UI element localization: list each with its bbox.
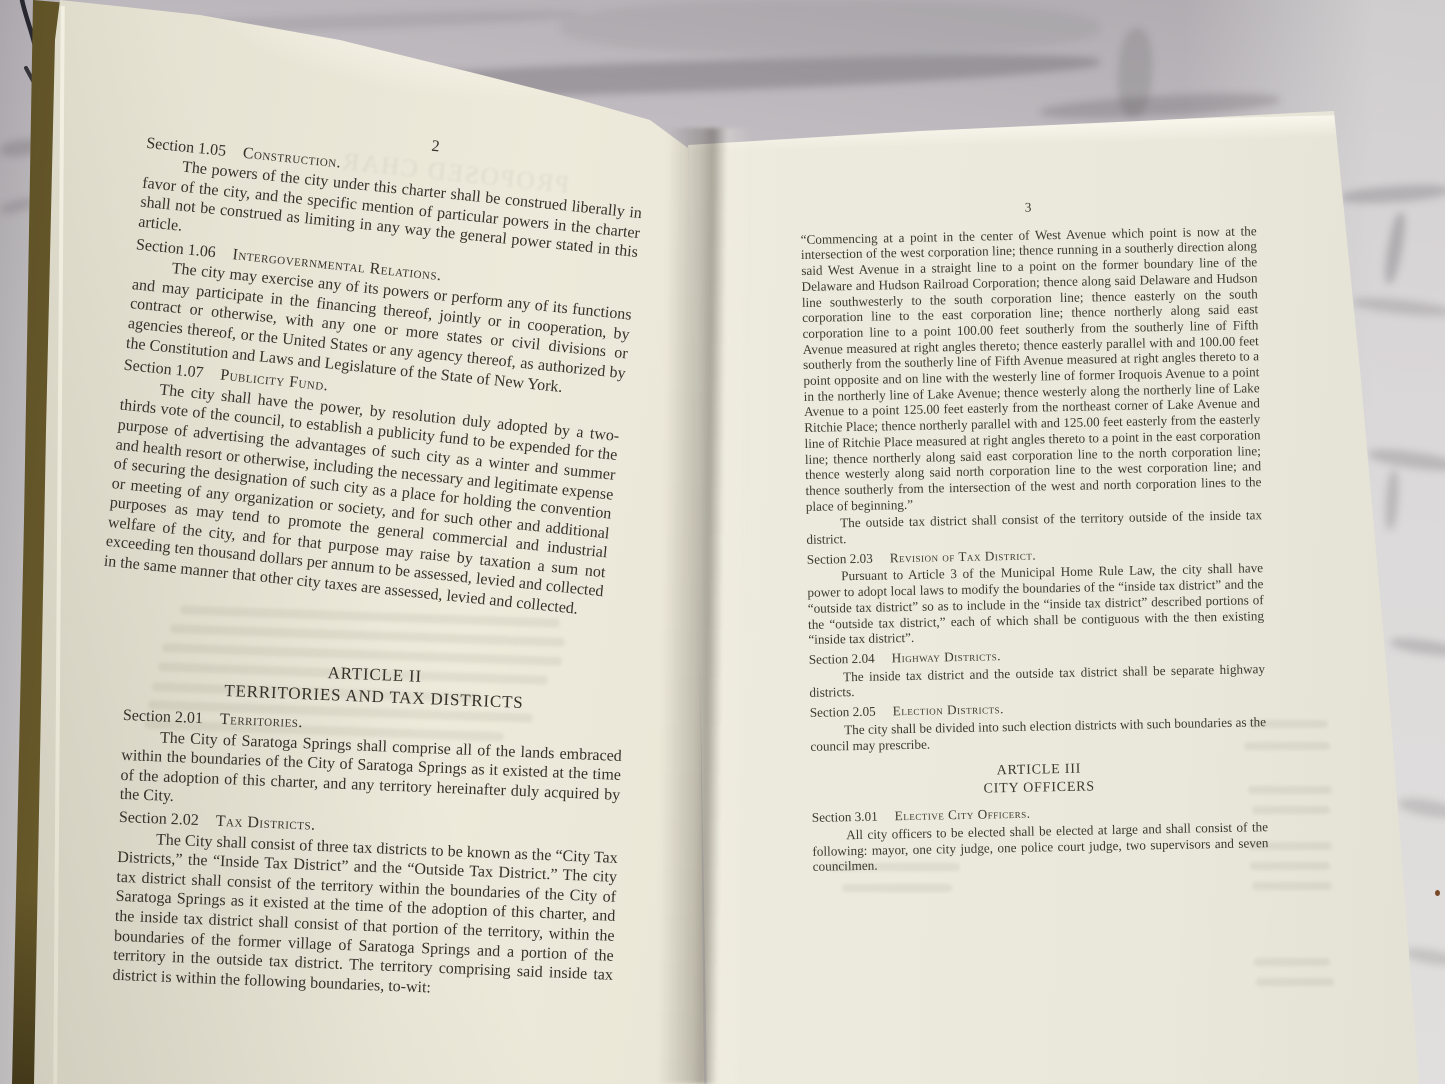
paragraph: Pursuant to Article 3 of the Municipal H… bbox=[807, 561, 1264, 648]
page2-text-lower: ARTICLE IITERRITORIES AND TAX DISTRICTSS… bbox=[112, 640, 625, 1006]
article-heading: ARTICLE IIICITY OFFICERS bbox=[811, 757, 1268, 802]
paragraph: The inside tax district and the outside … bbox=[809, 661, 1266, 701]
paragraph: The City shall consist of three tax dist… bbox=[112, 828, 618, 1005]
rust-speck bbox=[1435, 890, 1440, 896]
paragraph: All city officers to be elected shall be… bbox=[812, 819, 1269, 875]
section-title: Tax Districts. bbox=[215, 813, 315, 834]
under-page-edge bbox=[53, 6, 65, 1084]
page2-text-upper: 2 Section 1.05Construction.The powers of… bbox=[103, 108, 648, 623]
section-title: Territories. bbox=[220, 711, 304, 731]
page3-text: 3 “Commencing at a point in the center o… bbox=[800, 195, 1269, 877]
book-gutter-shadow bbox=[657, 128, 751, 1084]
section-title: Highway Districts. bbox=[892, 648, 1002, 665]
section-number: Section 2.04 bbox=[809, 651, 875, 667]
section-title: Election Districts. bbox=[893, 701, 1004, 718]
paragraph: The city shall be divided into such elec… bbox=[810, 714, 1267, 754]
photo-of-open-book: PROPOSED CHAR 2 Section 1.05Construction… bbox=[0, 0, 1445, 1084]
section-number: Section 2.03 bbox=[807, 550, 873, 566]
section-number: Section 3.01 bbox=[812, 809, 878, 825]
section-number: Section 2.01 bbox=[123, 707, 204, 727]
section-title: Elective City Officers. bbox=[895, 806, 1031, 824]
section-number: Section 2.05 bbox=[810, 704, 876, 720]
paragraph: “Commencing at a point in the center of … bbox=[801, 223, 1262, 514]
section-number: Section 2.02 bbox=[119, 809, 200, 829]
paragraph: The outside tax district shall consist o… bbox=[806, 508, 1263, 548]
section-title: Revision of Tax District. bbox=[890, 547, 1037, 565]
